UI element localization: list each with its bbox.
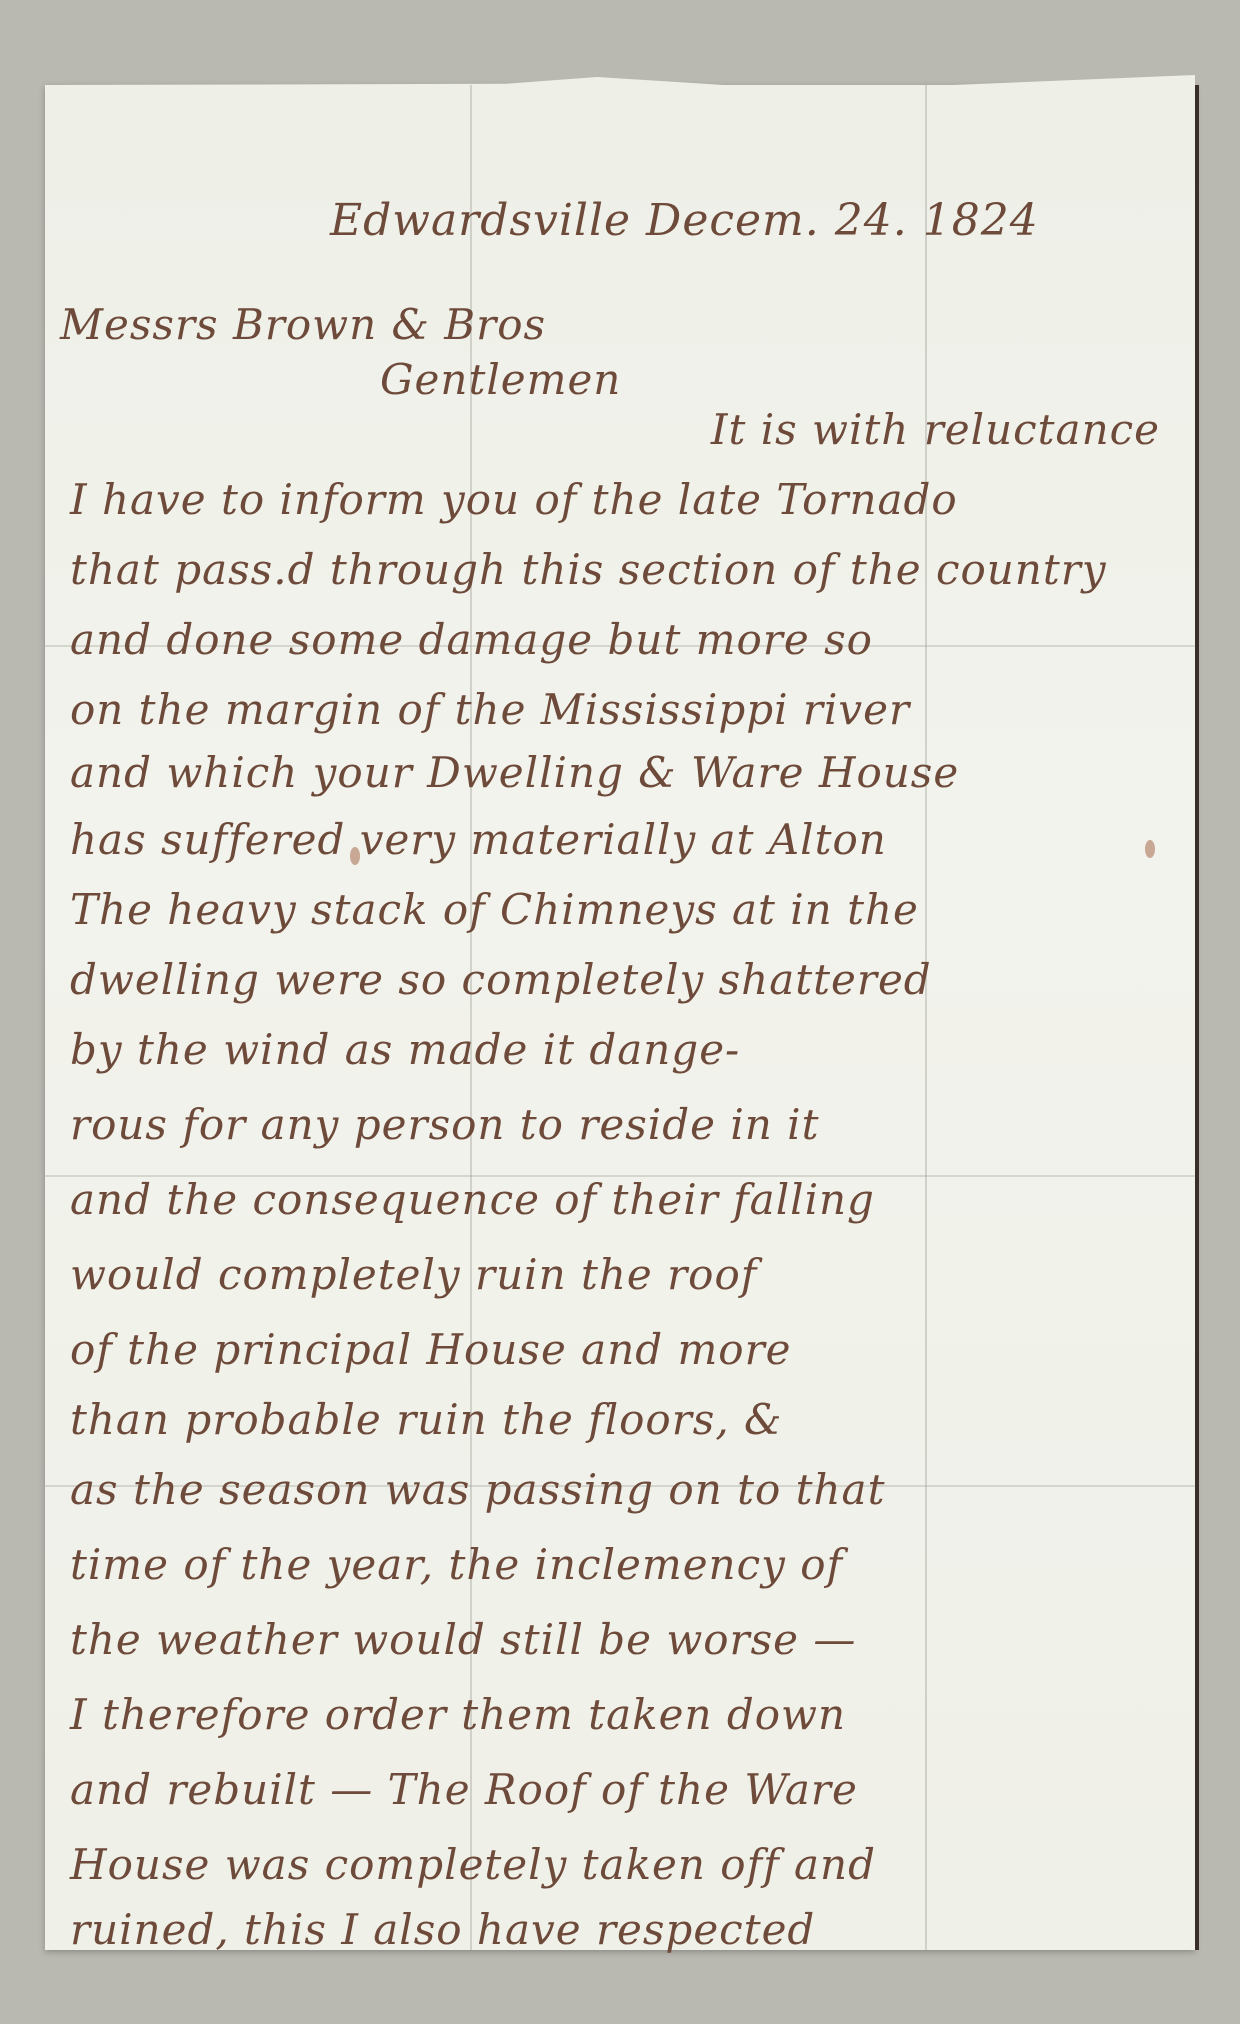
letter-line: that pass.d through this section of the … [70, 545, 1170, 594]
letter-line: It is with reluctance [70, 405, 1160, 454]
letter-line: and done some damage but more so [70, 615, 1170, 664]
letter-line: House was completely taken off and [70, 1840, 1170, 1889]
letter-line: rous for any person to reside in it [70, 1100, 1170, 1149]
letter-line: than probable ruin the floors, & [70, 1395, 1170, 1444]
letter-line: and rebuilt — The Roof of the Ware [70, 1765, 1170, 1814]
letter-line: of the principal House and more [70, 1325, 1170, 1374]
letter-line: and the consequence of their falling [70, 1175, 1170, 1224]
letter-line: and which your Dwelling & Ware House [70, 748, 1170, 797]
letter-line: has suffered very materially at Alton [70, 815, 1170, 864]
letter-line: on the margin of the Mississippi river [70, 685, 1170, 734]
letter-line: by the wind as made it dange- [70, 1025, 1170, 1074]
addressee: Messrs Brown & Bros [60, 300, 1170, 349]
letter-line: The heavy stack of Chimneys at in the [70, 885, 1170, 934]
letter-line: dwelling were so completely shattered [70, 955, 1170, 1004]
letter-line: time of the year, the inclemency of [70, 1540, 1170, 1589]
letter-line: I therefore order them taken down [70, 1690, 1170, 1739]
letter-line: ruined, this I also have respected [70, 1905, 1170, 1954]
letter-line: the weather would still be worse — [70, 1615, 1170, 1664]
letter-line: I have to inform you of the late Tornado [70, 475, 1170, 524]
letter-line: would completely ruin the roof [70, 1250, 1170, 1299]
letter-line: as the season was passing on to that [70, 1465, 1170, 1514]
dateline: Edwardsville Decem. 24. 1824 [330, 195, 1170, 246]
salutation: Gentlemen [380, 355, 1170, 404]
